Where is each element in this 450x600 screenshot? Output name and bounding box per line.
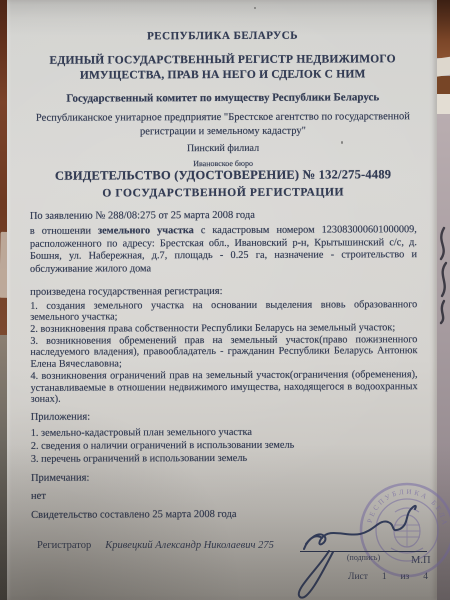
object-type: земельного участка: [98, 225, 194, 236]
registrar-name: Кривецкий Александр Николаевич 275: [105, 540, 274, 551]
branch-line: Пинский филиал: [29, 142, 416, 155]
sheet-total: 4: [423, 572, 428, 582]
registration-list: 1. создания земельного участка на основа…: [30, 299, 417, 406]
object-intro: в отношении: [30, 226, 98, 237]
sheet-of: из: [400, 572, 409, 582]
document-photo: РЕСПУБЛИКА БЕЛАРУСЬ ЕДИНЫЙ ГОСУДАРСТВЕНН…: [0, 0, 450, 600]
certificate-page: РЕСПУБЛИКА БЕЛАРУСЬ ЕДИНЫЙ ГОСУДАРСТВЕНН…: [7, 0, 437, 600]
registration-item: 3. возникновения обременений прав на зем…: [30, 334, 417, 371]
registry-title: ЕДИНЫЙ ГОСУДАРСТВЕННЫЙ РЕГИСТР НЕДВИЖИМО…: [29, 52, 416, 84]
registration-item: 1. создания земельного участка на основа…: [30, 299, 417, 324]
registration-intro: произведена государственная регистрация:: [30, 285, 417, 298]
sheet-current: 1: [382, 572, 387, 582]
attachments-label: Приложения:: [31, 410, 418, 423]
attachment-item: 1. земельно-кадастровый план земельного …: [31, 426, 418, 440]
signature-caption: (подпись): [300, 553, 427, 562]
background-scribbles: [432, 215, 450, 330]
object-paragraph: в отношении земельного участка с кадастр…: [30, 224, 417, 276]
certificate-content: РЕСПУБЛИКА БЕЛАРУСЬ ЕДИНЫЙ ГОСУДАРСТВЕНН…: [6, 0, 438, 521]
signature-line: [300, 551, 427, 552]
seal-place-mark: М.П: [411, 555, 431, 566]
country-title: РЕСПУБЛИКА БЕЛАРУСЬ: [29, 29, 416, 43]
registration-item: 4. возникновения ограничений прав на зем…: [30, 369, 417, 406]
sheet-label: Лист: [348, 572, 368, 582]
certificate-subtitle: О ГОСУДАРСТВЕННОЙ РЕГИСТРАЦИИ: [30, 186, 417, 200]
application-line: По заявлению № 288/08:275 от 25 марта 20…: [30, 209, 417, 222]
dust-speck: [82, 228, 84, 230]
committee-line: Государственный комитет по имуществу Рес…: [29, 91, 416, 105]
registrar-row: РегистраторКривецкий Александр Николаеви…: [37, 540, 274, 551]
certificate-title: СВИДЕТЕЛЬСТВО (УДОСТОВЕРЕНИЕ) № 132/275-…: [30, 167, 417, 184]
enterprise-line: Республиканское унитарное предприятие "Б…: [29, 110, 416, 140]
attachment-item: 2. сведения о наличии ограничений в испо…: [31, 439, 418, 453]
dust-speck: [254, 7, 256, 9]
sheet-counter: Лист 1 из 4: [348, 572, 428, 582]
registrar-label: Регистратор: [37, 540, 91, 551]
dust-speck: [341, 141, 343, 144]
